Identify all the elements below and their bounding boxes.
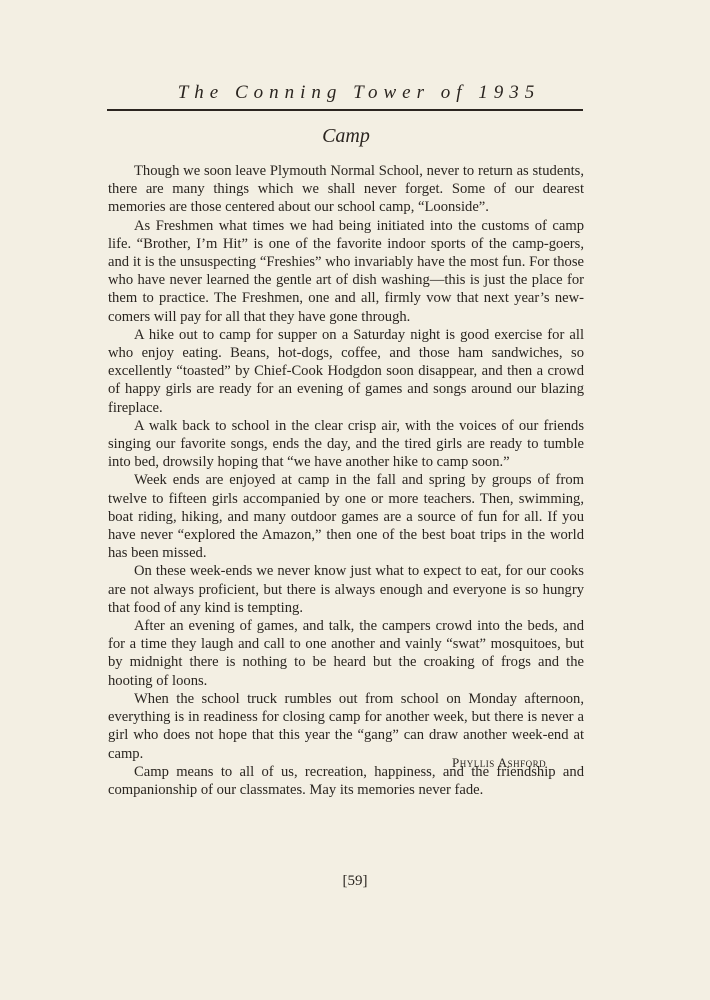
page-number: [59] [0, 873, 710, 890]
paragraph: A hike out to camp for supper on a Satur… [108, 326, 584, 417]
paragraph: A walk back to school in the clear crisp… [108, 417, 584, 472]
article-title: Camp [108, 125, 584, 148]
author-signature: Phyllis Ashford [452, 755, 546, 771]
paragraph: As Freshmen what times we had being init… [108, 217, 584, 326]
paragraph: When the school truck rumbles out from s… [108, 690, 584, 763]
paragraph: On these week-ends we never know just wh… [108, 562, 584, 617]
article-body: Though we soon leave Plymouth Normal Sch… [108, 162, 584, 799]
header-rule [107, 109, 583, 111]
paragraph: Though we soon leave Plymouth Normal Sch… [108, 162, 584, 217]
paragraph: After an evening of games, and talk, the… [108, 617, 584, 690]
running-head: The Conning Tower of 1935 [108, 82, 610, 104]
paragraph: Week ends are enjoyed at camp in the fal… [108, 471, 584, 562]
